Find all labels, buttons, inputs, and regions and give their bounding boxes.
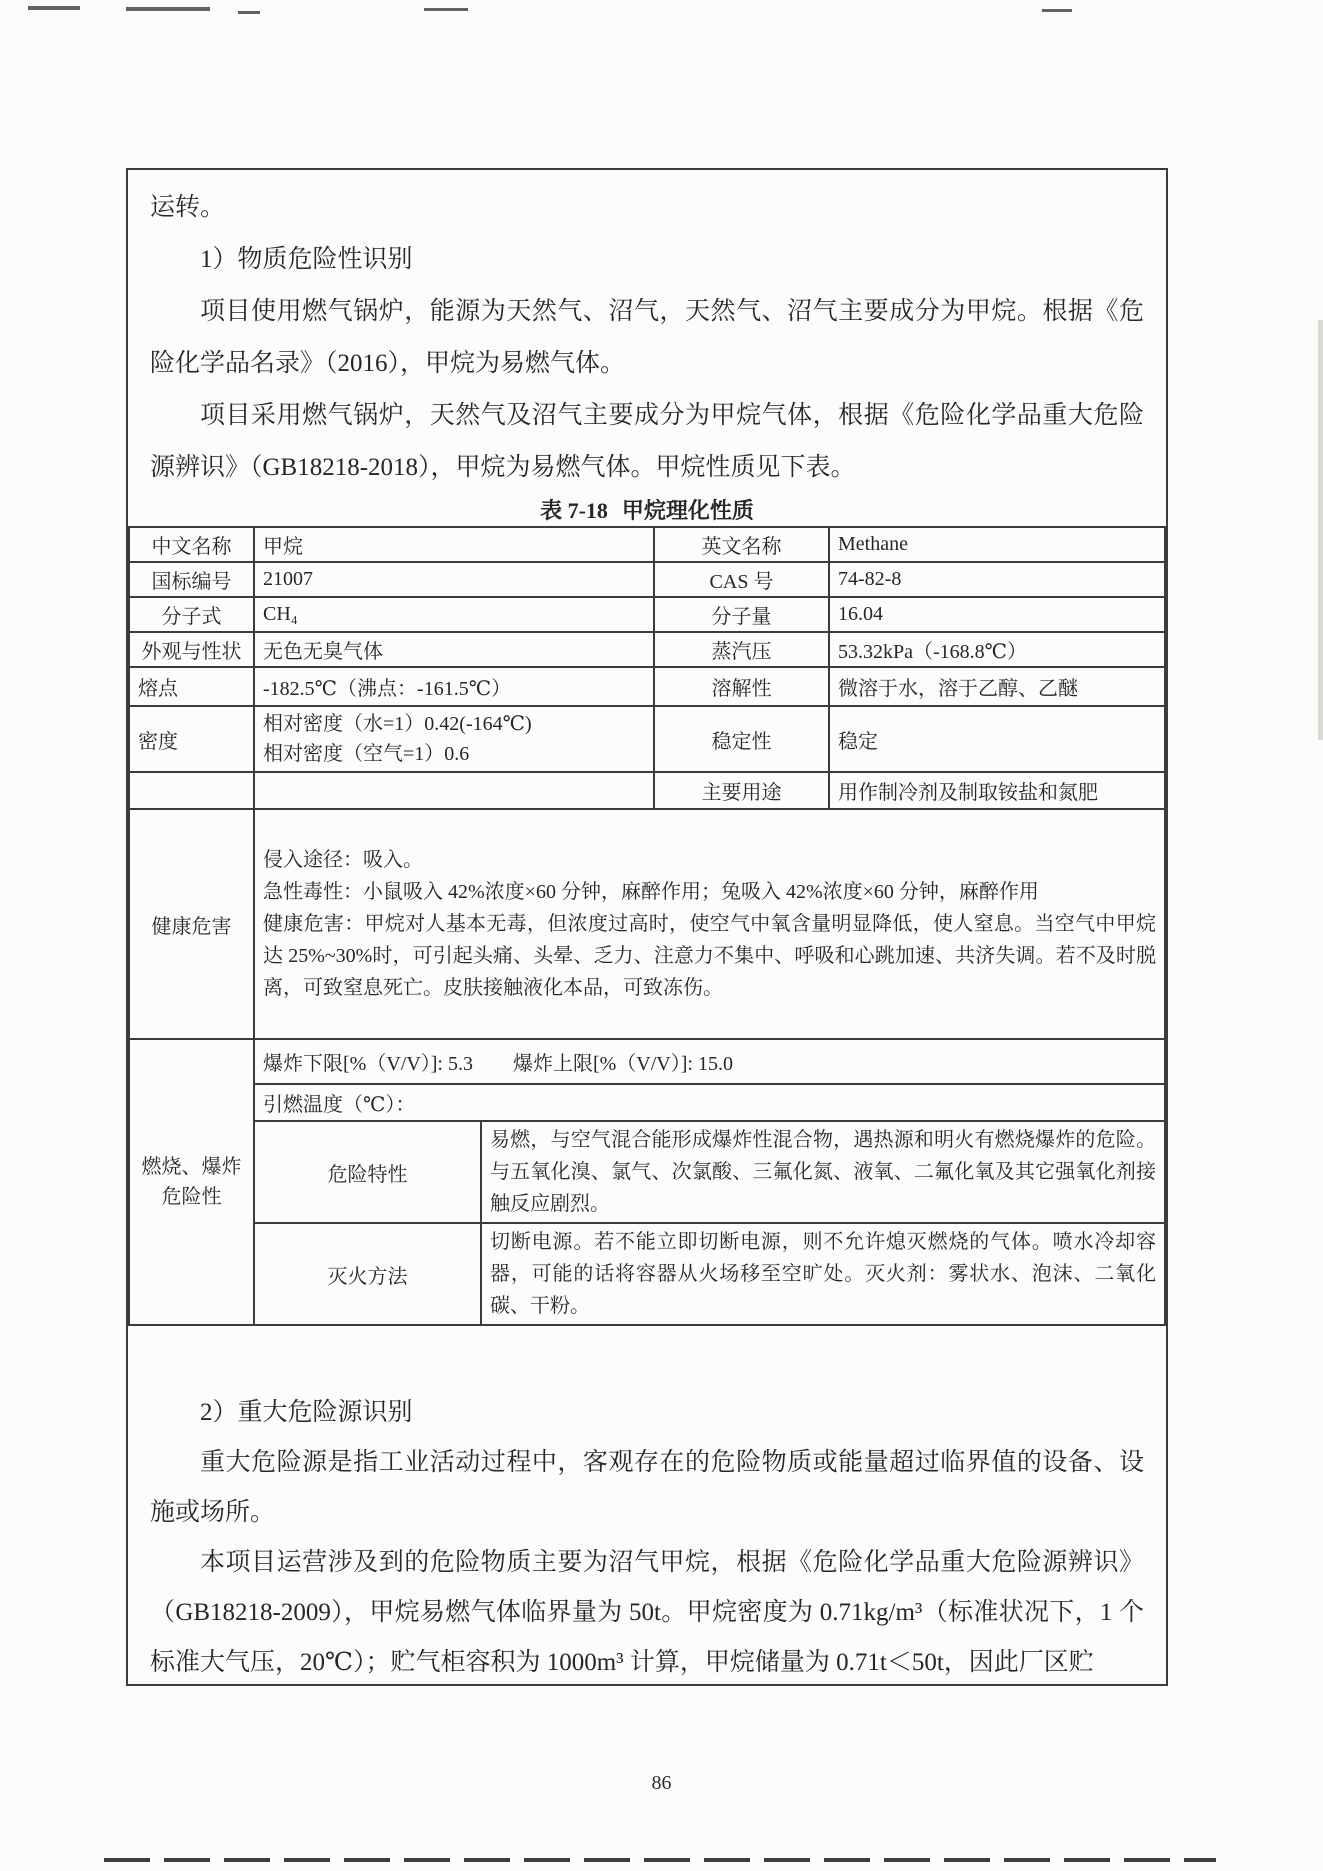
scan-artifact-bottom-edge — [104, 1858, 1216, 1862]
empty-cell — [129, 772, 254, 809]
row-appearance: 外观与性状 无色无臭气体 蒸汽压 53.32kPa（-168.8℃） — [129, 632, 1165, 667]
melting-point-label: 熔点 — [129, 667, 254, 706]
scan-artifact — [126, 7, 210, 11]
cas-number-value: 74-82-8 — [829, 562, 1165, 597]
health-route-line: 侵入途径：吸入。 — [263, 844, 1156, 876]
appearance-label: 外观与性状 — [129, 632, 254, 667]
stability-value: 稳定 — [829, 706, 1165, 772]
row-main-use: 主要用途 用作制冷剂及制取铵盐和氮肥 — [129, 772, 1165, 809]
english-name-label: 英文名称 — [654, 527, 829, 562]
density-label: 密度 — [129, 706, 254, 772]
row-extinguishing-method: 灭火方法 切断电源。若不能立即切断电源，则不允许熄灭燃烧的气体。喷水冷却容器，可… — [129, 1223, 1165, 1325]
vapor-pressure-value: 53.32kPa（-168.8℃） — [829, 632, 1165, 667]
hazard-characteristics-text: 易燃，与空气混合能形成爆炸性混合物，遇热源和明火有燃烧爆炸的危险。与五氧化溴、氯… — [481, 1121, 1165, 1223]
national-code-value: 21007 — [254, 562, 654, 597]
paragraph-continuation: 运转。 — [150, 182, 1144, 234]
appearance-value: 无色无臭气体 — [254, 632, 654, 667]
content-frame: 运转。 1）物质危险性识别 项目使用燃气锅炉，能源为天然气、沼气，天然气、沼气主… — [126, 168, 1168, 1686]
scan-artifact — [238, 11, 260, 14]
row-national-code: 国标编号 21007 CAS 号 74-82-8 — [129, 562, 1165, 597]
row-hazard-characteristics: 危险特性 易燃，与空气混合能形成爆炸性混合物，遇热源和明火有燃烧爆炸的危险。与五… — [129, 1121, 1165, 1223]
row-ignition-temperature: 引燃温度（℃）： — [129, 1084, 1165, 1121]
formula-label: 分子式 — [129, 597, 254, 632]
scan-artifact — [1318, 320, 1323, 740]
solubility-value: 微溶于水，溶于乙醇、乙醚 — [829, 667, 1165, 706]
chinese-name-label: 中文名称 — [129, 527, 254, 562]
scan-artifact — [424, 8, 468, 11]
section1-heading: 1）物质危险性识别 — [150, 234, 1144, 286]
molecular-weight-label: 分子量 — [654, 597, 829, 632]
scan-artifact — [28, 6, 80, 10]
extinguishing-method-label: 灭火方法 — [254, 1223, 481, 1325]
section1-paragraph2: 项目采用燃气锅炉，天然气及沼气主要成分为甲烷气体，根据《危险化学品重大危险源辨识… — [150, 390, 1144, 494]
row-chinese-name: 中文名称 甲烷 英文名称 Methane — [129, 527, 1165, 562]
explosion-limits-value: 爆炸下限[%（V/V）]: 5.3 爆炸上限[%（V/V）]: 15.0 — [254, 1039, 1165, 1084]
page-number: 86 — [0, 1772, 1323, 1795]
row-health-hazard: 健康危害 侵入途径：吸入。 急性毒性：小鼠吸入 42%浓度×60 分钟，麻醉作用… — [129, 809, 1165, 1039]
cas-number-label: CAS 号 — [654, 562, 829, 597]
main-use-value: 用作制冷剂及制取铵盐和氮肥 — [829, 772, 1165, 809]
extinguishing-method-text: 切断电源。若不能立即切断电源，则不允许熄灭燃烧的气体。喷水冷却容器，可能的话将容… — [481, 1223, 1165, 1325]
national-code-label: 国标编号 — [129, 562, 254, 597]
melting-point-value: -182.5℃（沸点：-161.5℃） — [254, 667, 654, 706]
health-hazard-label: 健康危害 — [129, 809, 254, 1039]
row-melting-point: 熔点 -182.5℃（沸点：-161.5℃） 溶解性 微溶于水，溶于乙醇、乙醚 — [129, 667, 1165, 706]
density-vs-water: 相对密度（水=1）0.42(-164℃) — [263, 709, 645, 739]
empty-cell — [254, 772, 654, 809]
row-explosion-limits: 燃烧、爆炸危险性 爆炸下限[%（V/V）]: 5.3 爆炸上限[%（V/V）]:… — [129, 1039, 1165, 1084]
ignition-temperature-value: 引燃温度（℃）： — [254, 1084, 1165, 1121]
health-hazard-content: 侵入途径：吸入。 急性毒性：小鼠吸入 42%浓度×60 分钟，麻醉作用；兔吸入 … — [254, 809, 1165, 1039]
document-page: 运转。 1）物质危险性识别 项目使用燃气锅炉，能源为天然气、沼气，天然气、沼气主… — [0, 0, 1323, 1871]
main-use-label: 主要用途 — [654, 772, 829, 809]
vapor-pressure-label: 蒸汽压 — [654, 632, 829, 667]
formula-value: CH₄ — [254, 597, 654, 632]
methane-properties-table: 中文名称 甲烷 英文名称 Methane 国标编号 21007 CAS 号 74… — [128, 526, 1166, 1326]
table-caption-title: 甲烷理化性质 — [622, 498, 754, 523]
density-vs-air: 相对密度（空气=1）0.6 — [263, 739, 645, 769]
scan-artifact — [1042, 9, 1072, 12]
fire-explosion-hazard-label: 燃烧、爆炸危险性 — [129, 1039, 254, 1325]
density-value: 相对密度（水=1）0.42(-164℃) 相对密度（空气=1）0.6 — [254, 706, 654, 772]
table-caption: 表 7-18甲烷理化性质 — [150, 496, 1144, 526]
section2-paragraph2: 本项目运营涉及到的危险物质主要为沼气甲烷，根据《危险化学品重大危险源辨识》（GB… — [150, 1538, 1144, 1688]
section2-heading: 2）重大危险源识别 — [150, 1388, 1144, 1438]
molecular-weight-value: 16.04 — [829, 597, 1165, 632]
row-formula: 分子式 CH₄ 分子量 16.04 — [129, 597, 1165, 632]
table-caption-number: 表 7-18 — [540, 498, 608, 523]
english-name-value: Methane — [829, 527, 1165, 562]
row-density: 密度 相对密度（水=1）0.42(-164℃) 相对密度（空气=1）0.6 稳定… — [129, 706, 1165, 772]
section1-paragraph1: 项目使用燃气锅炉，能源为天然气、沼气，天然气、沼气主要成分为甲烷。根据《危险化学… — [150, 286, 1144, 390]
stability-label: 稳定性 — [654, 706, 829, 772]
chinese-name-value: 甲烷 — [254, 527, 654, 562]
hazard-characteristics-label: 危险特性 — [254, 1121, 481, 1223]
health-hazard-line: 健康危害：甲烷对人基本无毒，但浓度过高时，使空气中氧含量明显降低，使人窒息。当空… — [263, 908, 1156, 1004]
health-acute-toxicity-line: 急性毒性：小鼠吸入 42%浓度×60 分钟，麻醉作用；兔吸入 42%浓度×60 … — [263, 876, 1156, 908]
section2-paragraph1: 重大危险源是指工业活动过程中，客观存在的危险物质或能量超过临界值的设备、设施或场… — [150, 1438, 1144, 1538]
solubility-label: 溶解性 — [654, 667, 829, 706]
